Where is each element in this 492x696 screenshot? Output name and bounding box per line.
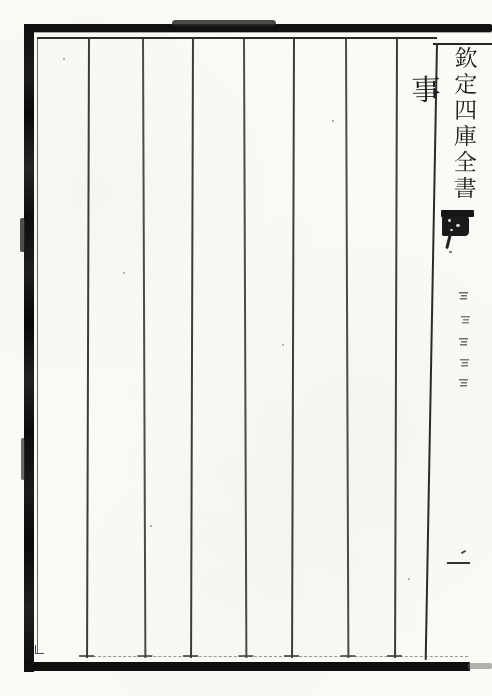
faint-mark [459, 379, 468, 387]
faint-gutter-text-marks [459, 292, 473, 403]
faint-mark [459, 338, 468, 346]
ink-tab-tail [445, 234, 452, 249]
ink-speck [449, 251, 452, 253]
book-page-scan: 欽定四庫全書 事 [0, 0, 492, 696]
page-border-bottom [24, 662, 470, 671]
faint-mark [459, 292, 468, 300]
column-divider [291, 38, 295, 658]
series-title-vertical-text: 欽定四庫全書 [445, 46, 480, 214]
column-divider [190, 38, 194, 658]
inner-left-rule [37, 38, 38, 654]
page-border-bottom-fade [468, 663, 492, 669]
faint-mark [460, 359, 469, 367]
faint-mark [461, 316, 470, 324]
inner-corner-mark [35, 645, 45, 655]
gutter-top-rule [433, 43, 492, 45]
ink-tab-marker [439, 208, 479, 252]
column-divider [243, 38, 247, 658]
page-border-left [24, 24, 34, 672]
gutter-corner-mark [446, 550, 476, 566]
page-border-left-blotch [20, 218, 25, 252]
column-divider [86, 38, 90, 658]
scan-speck [282, 344, 284, 346]
scan-speck [123, 272, 125, 274]
scan-speck [63, 58, 65, 60]
top-rule [37, 37, 437, 39]
body-first-column-character: 事 [409, 68, 444, 110]
scan-speck [332, 120, 334, 122]
gutter-divider-line [425, 43, 438, 660]
column-divider [142, 38, 146, 658]
column-divider [345, 38, 349, 658]
column-divider [394, 38, 398, 658]
page-border-left-blotch [21, 438, 25, 480]
scan-speck [150, 525, 152, 527]
baseline-dotted-rule [88, 656, 468, 657]
scan-speck [408, 578, 410, 580]
page-border-top-smudge [172, 20, 276, 26]
ink-tab-body [442, 216, 469, 236]
